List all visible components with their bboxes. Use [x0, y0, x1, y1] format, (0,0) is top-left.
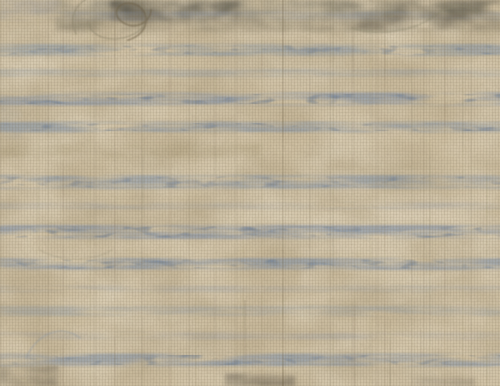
texture-render	[0, 0, 500, 386]
fine-grain-layer	[0, 0, 500, 386]
grunge-canvas-texture	[0, 0, 500, 386]
